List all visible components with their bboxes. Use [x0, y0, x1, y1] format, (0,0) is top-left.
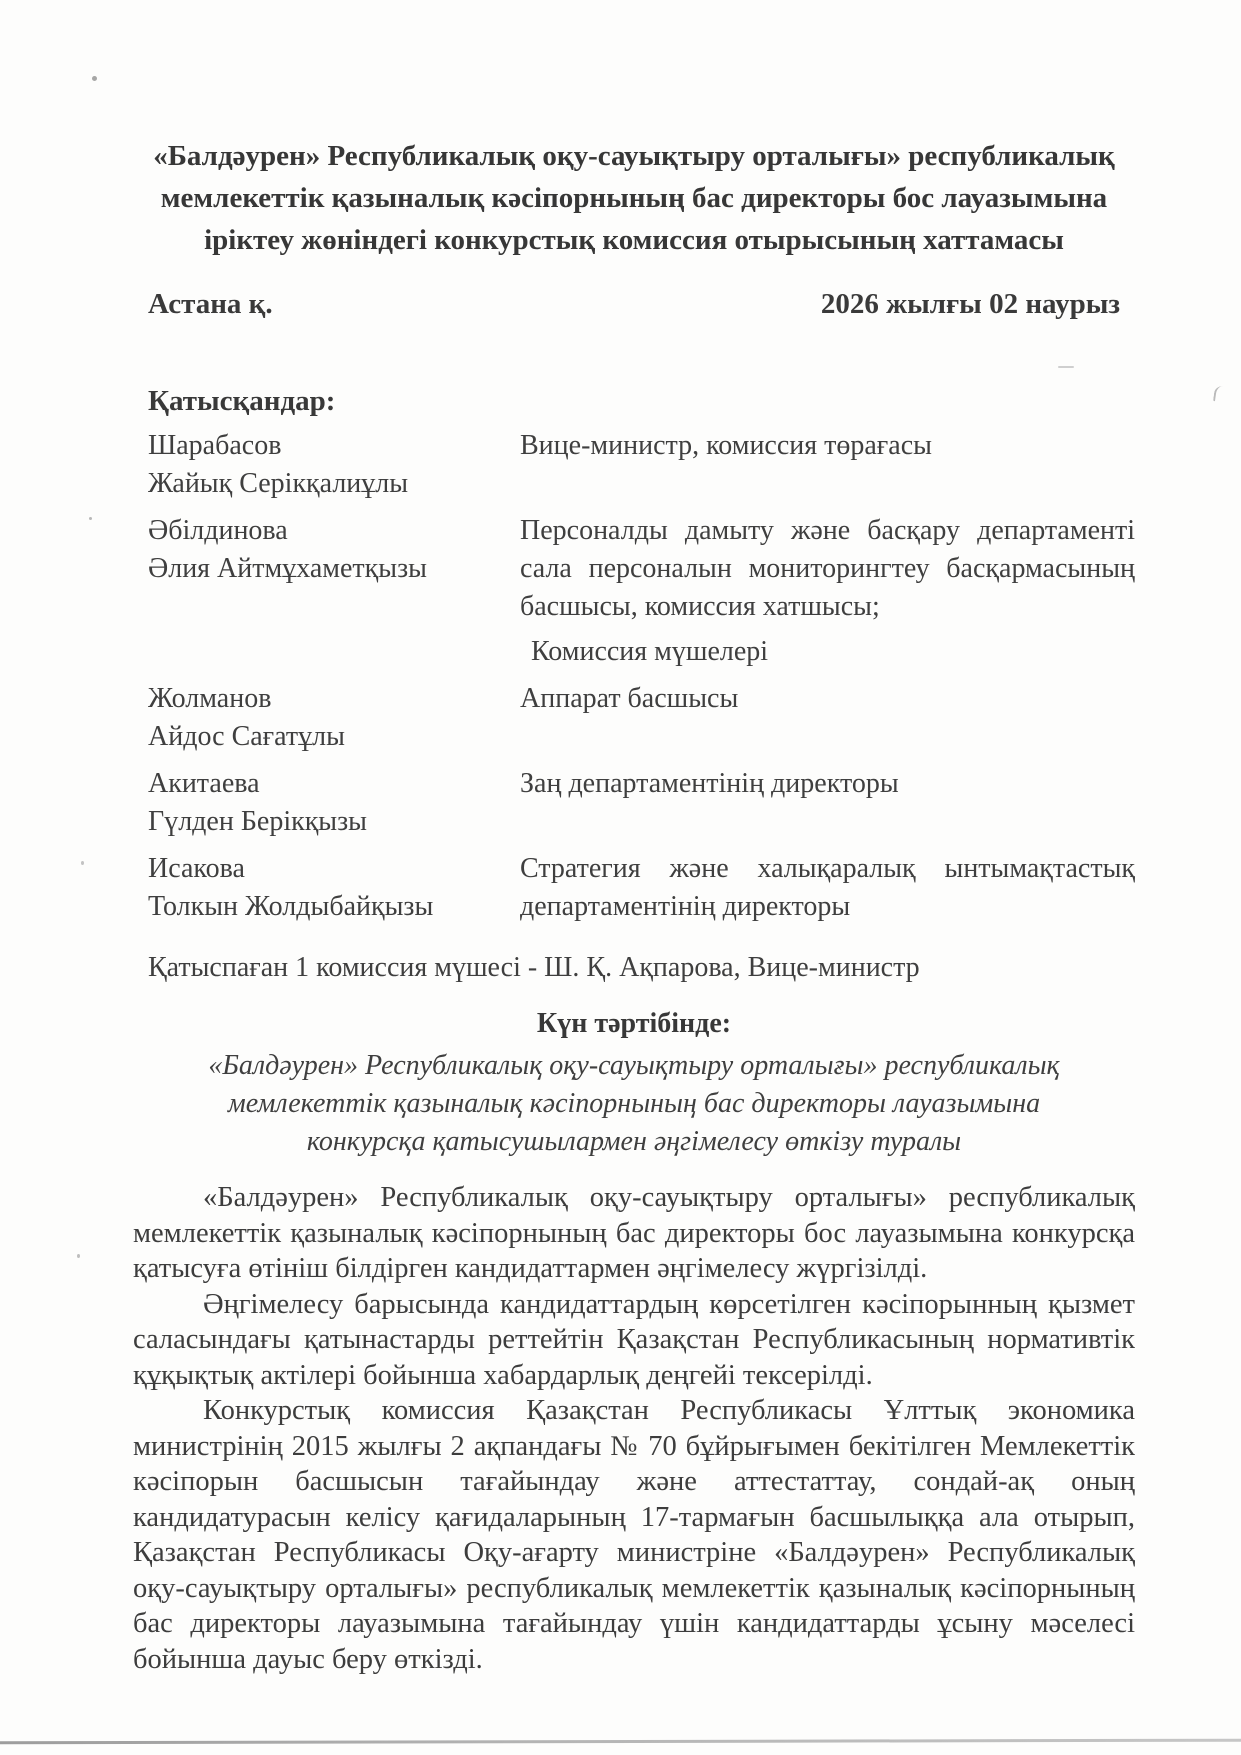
body-paragraph-2: Әңгімелесу барысында кандидаттардың көрс…: [133, 1287, 1135, 1394]
document-body: «Балдәурен» Республикалық оқу-сауықтыру …: [133, 1180, 1135, 1677]
agenda-heading: Күн тәртібінде:: [133, 1008, 1135, 1040]
participant-name: Акитаева Гүлден Берікқызы: [148, 765, 520, 841]
scan-smudge-curve: [1213, 385, 1227, 403]
participant-given-name: Әлия Айтмұхаметқызы: [148, 550, 520, 588]
city-date-row: Астана қ. 2026 жылғы 02 наурыз: [133, 288, 1135, 321]
scan-edge-line: [0, 1739, 1241, 1745]
participant-row: Шарабасов Жайық Серікқалиұлы Вице-минист…: [148, 427, 1135, 503]
document-title: «Балдәурен» Республикалық оқу-сауықтыру …: [133, 135, 1135, 261]
participant-row: Исакова Толкын Жолдыбайқызы Стратегия жә…: [148, 850, 1135, 926]
participant-name: Исакова Толкын Жолдыбайқызы: [148, 850, 520, 926]
title-line-1: «Балдәурен» Республикалық оқу-сауықтыру …: [133, 135, 1135, 177]
scan-smudge-dash: [1058, 366, 1074, 368]
title-line-2: мемлекеттік қазыналық кәсіпорнының бас д…: [133, 177, 1135, 219]
body-paragraph-1: «Балдәурен» Республикалық оқу-сауықтыру …: [133, 1180, 1135, 1287]
scan-speck: [81, 861, 84, 865]
participant-role: Вице-министр, комиссия төрағасы: [520, 427, 1135, 503]
scanned-document-page: «Балдәурен» Республикалық оқу-сауықтыру …: [0, 0, 1241, 1755]
participant-name: Жолманов Айдос Сағатұлы: [148, 680, 520, 756]
city-label: Астана қ.: [148, 288, 273, 321]
participant-surname: Акитаева: [148, 765, 520, 803]
participant-surname: Исакова: [148, 850, 520, 888]
scan-speck: [92, 76, 97, 81]
participant-role: Стратегия және халықаралық ынтымақтастық…: [520, 850, 1135, 926]
participants-heading: Қатысқандар:: [148, 385, 1135, 418]
body-paragraph-3: Конкурстық комиссия Қазақстан Республика…: [133, 1393, 1135, 1677]
participant-role: Аппарат басшысы: [520, 680, 1135, 756]
participant-row: Әбілдинова Әлия Айтмұхаметқызы Персоналд…: [148, 512, 1135, 626]
scan-speck: [77, 1254, 80, 1258]
participant-row: Акитаева Гүлден Берікқызы Заң департамен…: [148, 765, 1135, 841]
participant-role: Персоналды дамыту және басқару департаме…: [520, 512, 1135, 626]
participant-row: Жолманов Айдос Сағатұлы Аппарат басшысы: [148, 680, 1135, 756]
absent-member-line: Қатыспаған 1 комиссия мүшесі - Ш. Қ. Ақп…: [148, 949, 1135, 987]
participant-name: Шарабасов Жайық Серікқалиұлы: [148, 427, 520, 503]
participant-given-name: Айдос Сағатұлы: [148, 718, 520, 756]
participant-given-name: Толкын Жолдыбайқызы: [148, 888, 520, 926]
participant-given-name: Жайық Серікқалиұлы: [148, 465, 520, 503]
agenda-text: «Балдәурен» Республикалық оқу-сауықтыру …: [184, 1047, 1084, 1161]
scan-speck: [89, 517, 92, 520]
commission-members-label: Комиссия мүшелері: [531, 633, 1135, 671]
participant-name: Әбілдинова Әлия Айтмұхаметқызы: [148, 512, 520, 626]
date-label: 2026 жылғы 02 наурыз: [821, 288, 1120, 321]
participant-surname: Әбілдинова: [148, 512, 520, 550]
participant-given-name: Гүлден Берікқызы: [148, 803, 520, 841]
title-line-3: іріктеу жөніндегі конкурстық комиссия от…: [133, 219, 1135, 261]
participant-surname: Жолманов: [148, 680, 520, 718]
participant-role: Заң департаментінің директоры: [520, 765, 1135, 841]
participant-surname: Шарабасов: [148, 427, 520, 465]
